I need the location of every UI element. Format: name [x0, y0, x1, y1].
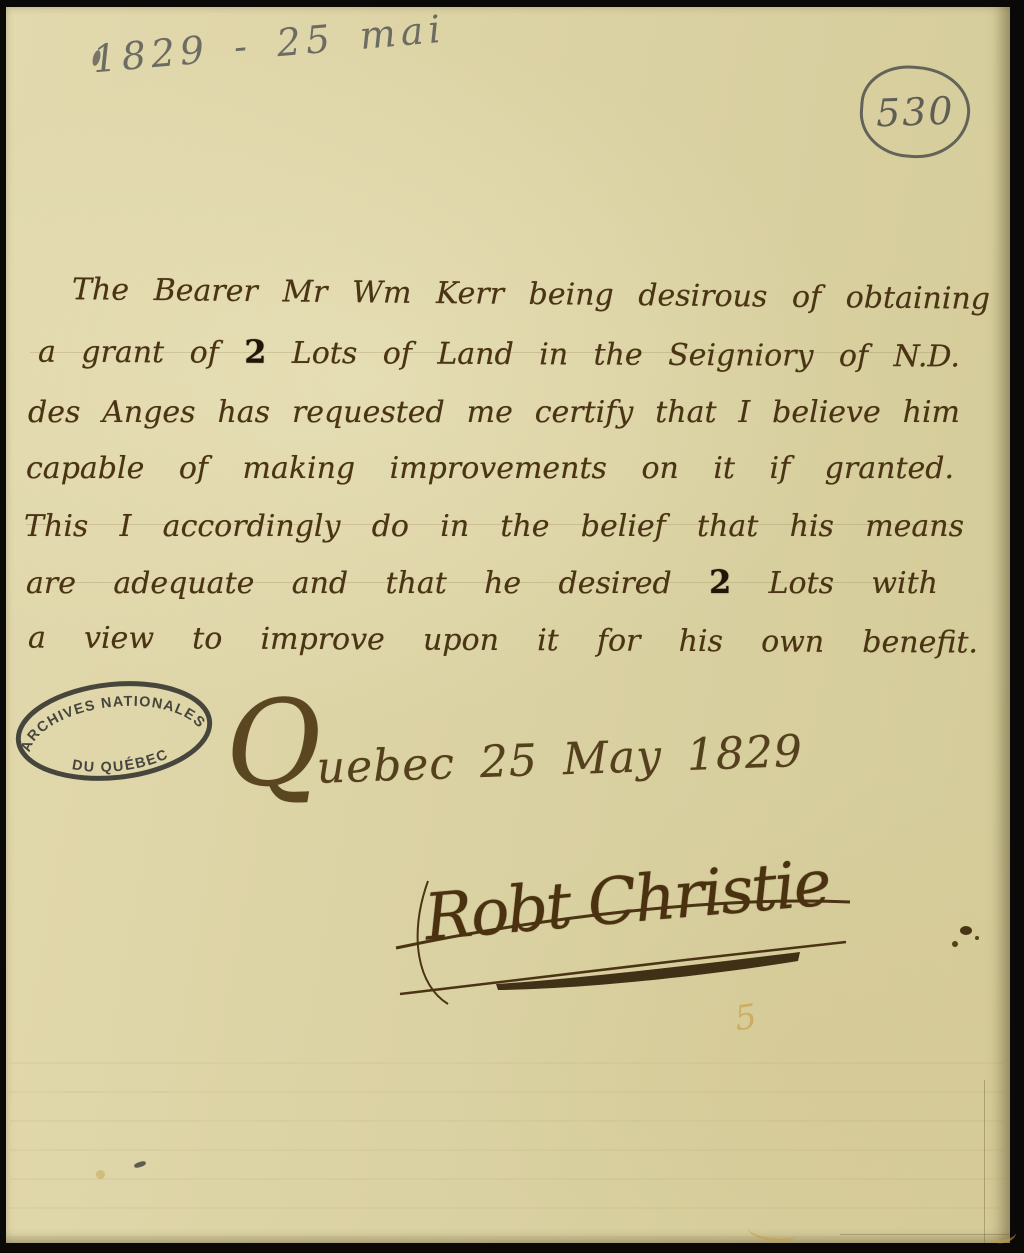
handwritten-text: This I accordingly do in the belief that…: [24, 509, 964, 544]
handwritten-text: Lots of Land in the Seigniory of N.D.: [266, 336, 960, 375]
handwritten-text: capable of making improvements on it if …: [26, 451, 954, 486]
letter-line: a view to improve upon it for his own be…: [28, 622, 978, 660]
sheet-edge-line: [840, 1234, 1010, 1235]
scanned-letter-page: 1829 - 25 mai 530 The Bearer Mr Wm Kerr …: [0, 0, 1024, 1253]
handwritten-text: des Anges has requested me certify that …: [28, 395, 960, 430]
letter-line: a grant of 2 Lots of Land in the Seignio…: [38, 335, 960, 375]
dateline: Q uebec 25 May 1829: [223, 672, 803, 798]
stamp-text-top: ARCHIVES NATIONALES: [14, 685, 211, 756]
handwritten-text: a view to improve upon it for his own be…: [28, 621, 978, 661]
svg-text:ARCHIVES NATIONALES: ARCHIVES NATIONALES: [14, 685, 211, 756]
letter-line: This I accordingly do in the belief that…: [24, 510, 964, 543]
signature-block: Robt Christie: [388, 826, 868, 1026]
archives-stamp: ARCHIVES NATIONALES DU QUÉBEC: [5, 665, 223, 796]
inked-numeral: 2: [709, 564, 731, 601]
handwritten-text: Lots with: [731, 566, 938, 601]
letter-line: are adequate and that he desired 2 Lots …: [26, 566, 938, 601]
sheet-edge-line: [984, 1080, 985, 1243]
inked-numeral: 2: [244, 334, 266, 371]
letter-line: des Anges has requested me certify that …: [28, 396, 960, 429]
letter-line: capable of making improvements on it if …: [26, 452, 954, 485]
ink-speck: [960, 926, 972, 935]
handwritten-text: a grant of: [38, 335, 244, 371]
folio-number: 530: [875, 89, 955, 136]
ink-speck: [952, 941, 958, 947]
handwritten-text: are adequate and that he desired: [26, 566, 709, 601]
signature-ink-smear: [496, 952, 800, 990]
stain-dot: [96, 1170, 105, 1179]
ink-speck: [975, 936, 979, 940]
dateline-initial: Q: [223, 689, 323, 798]
